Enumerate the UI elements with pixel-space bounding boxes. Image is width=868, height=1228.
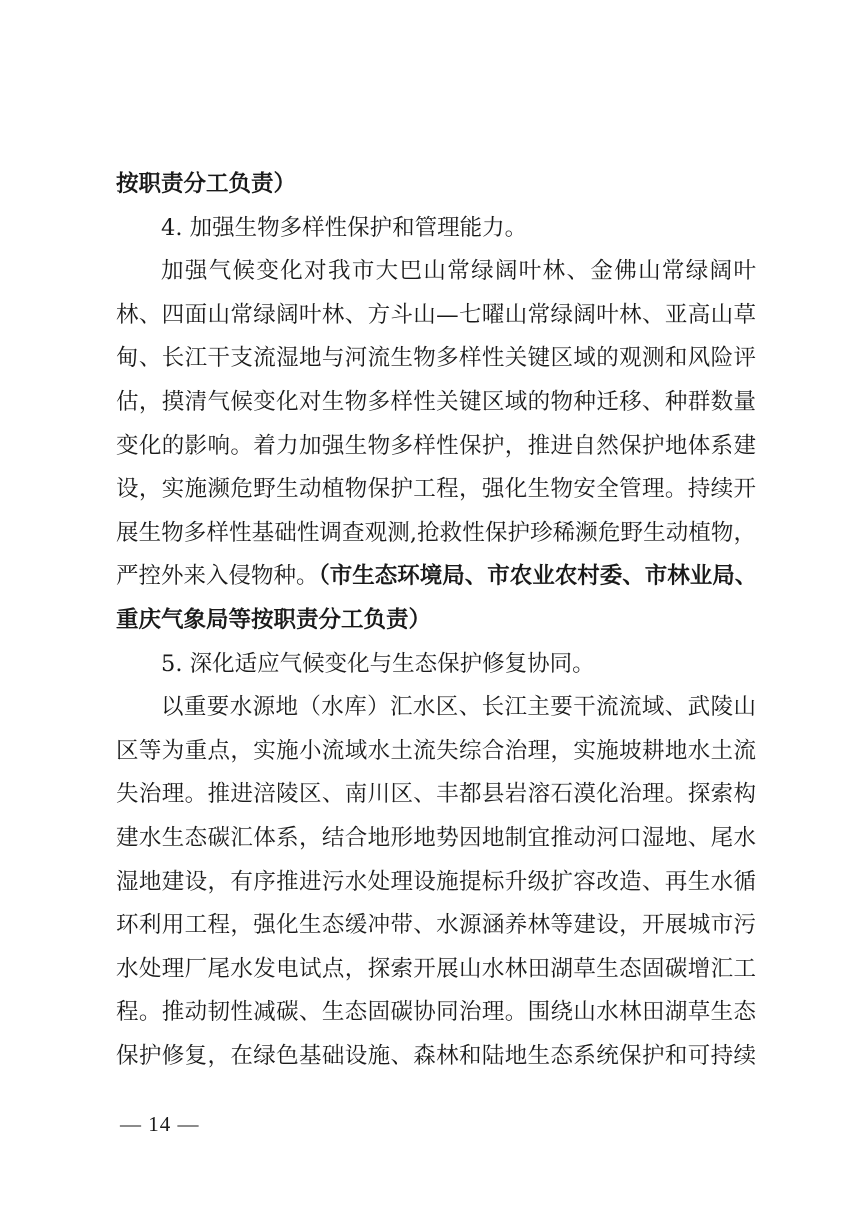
text-line: 区等为重点，实施小流域水土流失综合治理，实施坡耕地水土流 <box>116 730 756 774</box>
text-line: 按职责分工负责） <box>116 163 756 207</box>
text-line: 变化的影响。着力加强生物多样性保护，推进自然保护地体系建 <box>116 425 756 469</box>
text-line: 林、四面山常绿阔叶林、方斗山—七曜山常绿阔叶林、亚高山草 <box>116 294 756 338</box>
responsible-agencies: 重庆气象局等按职责分工负责） <box>116 599 756 643</box>
text-line: 甸、长江干支流湿地与河流生物多样性关键区域的观测和风险评 <box>116 337 756 381</box>
text-line: 水处理厂尾水发电试点，探索开展山水林田湖草生态固碳增汇工 <box>116 948 756 992</box>
page-number: — 14 — <box>120 1112 200 1137</box>
text-line: 环利用工程，强化生态缓冲带、水源涵养林等建设，开展城市污 <box>116 904 756 948</box>
text-line: 严控外来入侵物种。（市生态环境局、市农业农村委、市林业局、 <box>116 555 756 599</box>
section-heading-5: 5. 深化适应气候变化与生态保护修复协同。 <box>116 643 756 687</box>
text-line: 加强气候变化对我市大巴山常绿阔叶林、金佛山常绿阔叶 <box>116 250 756 294</box>
text-line: 湿地建设，有序推进污水处理设施提标升级扩容改造、再生水循 <box>116 861 756 905</box>
text-line: 建水生态碳汇体系，结合地形地势因地制宜推动河口湿地、尾水 <box>116 817 756 861</box>
text-line: 估，摸清气候变化对生物多样性关键区域的物种迁移、种群数量 <box>116 381 756 425</box>
text-line: 失治理。推进涪陵区、南川区、丰都县岩溶石漠化治理。探索构 <box>116 773 756 817</box>
text-line: 保护修复，在绿色基础设施、森林和陆地生态系统保护和可持续 <box>116 1035 756 1079</box>
section-heading-4: 4. 加强生物多样性保护和管理能力。 <box>116 207 756 251</box>
text-segment: 严控外来入侵物种。 <box>116 563 319 589</box>
text-line: 展生物多样性基础性调查观测,抢救性保护珍稀濒危野生动植物， <box>116 512 756 556</box>
document-page: 按职责分工负责） 4. 加强生物多样性保护和管理能力。 加强气候变化对我市大巴山… <box>116 163 756 1078</box>
text-line: 程。推动韧性减碳、生态固碳协同治理。围绕山水林田湖草生态 <box>116 991 756 1035</box>
text-line: 设，实施濒危野生动植物保护工程，强化生物安全管理。持续开 <box>116 468 756 512</box>
text-line: 以重要水源地（水库）汇水区、长江主要干流流域、武陵山 <box>116 686 756 730</box>
responsible-agencies: （市生态环境局、市农业农村委、市林业局、 <box>319 563 758 589</box>
